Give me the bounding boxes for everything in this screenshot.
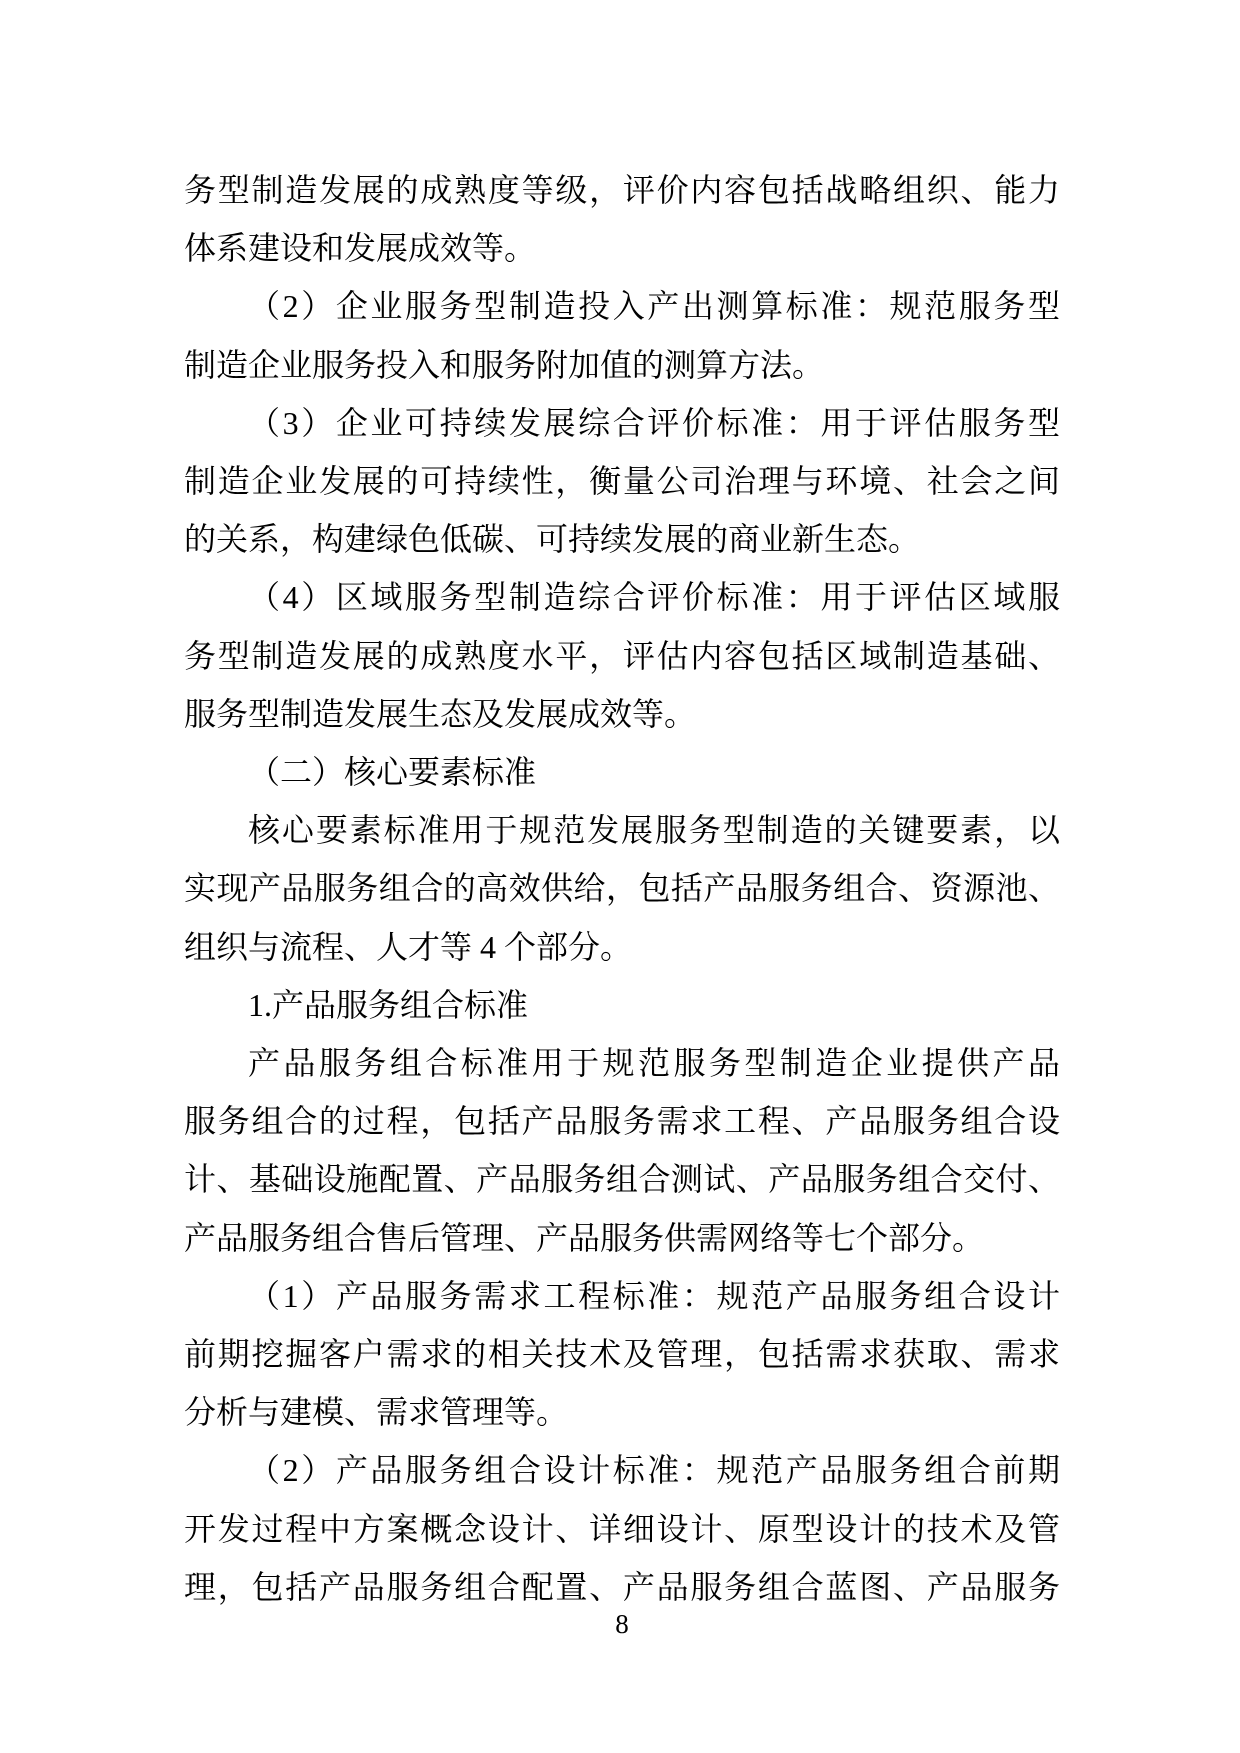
- page-footer: 8: [184, 1607, 1060, 1641]
- text-line: 前期挖掘客户需求的相关技术及管理，包括需求获取、需求: [184, 1325, 1060, 1383]
- paragraph: 1.产品服务组合标准: [184, 976, 1060, 1034]
- text-line: 制造企业发展的可持续性，衡量公司治理与环境、社会之间: [184, 452, 1060, 510]
- text-line: 核心要素标准用于规范发展服务型制造的关键要素，以: [184, 801, 1060, 859]
- text-line: 务型制造发展的成熟度等级，评价内容包括战略组织、能力: [184, 161, 1060, 219]
- text-line: 产品服务组合标准用于规范服务型制造企业提供产品: [184, 1034, 1060, 1092]
- paragraph: （二）核心要素标准: [184, 743, 1060, 801]
- paragraph: （3）企业可持续发展综合评价标准：用于评估服务型制造企业发展的可持续性，衡量公司…: [184, 394, 1060, 569]
- text-line: 分析与建模、需求管理等。: [184, 1383, 1060, 1441]
- text-line: 组织与流程、人才等 4 个部分。: [184, 918, 1060, 976]
- text-line: 务型制造发展的成熟度水平，评估内容包括区域制造基础、: [184, 627, 1060, 685]
- text-line: （4）区域服务型制造综合评价标准：用于评估区域服: [184, 568, 1060, 626]
- document-body: 务型制造发展的成熟度等级，评价内容包括战略组织、能力体系建设和发展成效等。（2）…: [184, 161, 1060, 1616]
- text-line: 体系建设和发展成效等。: [184, 219, 1060, 277]
- paragraph: 核心要素标准用于规范发展服务型制造的关键要素，以实现产品服务组合的高效供给，包括…: [184, 801, 1060, 976]
- text-line: （2）产品服务组合设计标准：规范产品服务组合前期: [184, 1441, 1060, 1499]
- text-line: 计、基础设施配置、产品服务组合测试、产品服务组合交付、: [184, 1150, 1060, 1208]
- paragraph: （2）企业服务型制造投入产出测算标准：规范服务型制造企业服务投入和服务附加值的测…: [184, 277, 1060, 393]
- paragraph: 产品服务组合标准用于规范服务型制造企业提供产品服务组合的过程，包括产品服务需求工…: [184, 1034, 1060, 1267]
- text-line: 实现产品服务组合的高效供给，包括产品服务组合、资源池、: [184, 859, 1060, 917]
- text-line: （二）核心要素标准: [184, 743, 1060, 801]
- paragraph: 务型制造发展的成熟度等级，评价内容包括战略组织、能力体系建设和发展成效等。: [184, 161, 1060, 277]
- paragraph: （4）区域服务型制造综合评价标准：用于评估区域服务型制造发展的成熟度水平，评估内…: [184, 568, 1060, 743]
- document-page: 务型制造发展的成熟度等级，评价内容包括战略组织、能力体系建设和发展成效等。（2）…: [0, 0, 1240, 1753]
- text-line: 1.产品服务组合标准: [184, 976, 1060, 1034]
- text-line: 开发过程中方案概念设计、详细设计、原型设计的技术及管: [184, 1500, 1060, 1558]
- paragraph: （1）产品服务需求工程标准：规范产品服务组合设计前期挖掘客户需求的相关技术及管理…: [184, 1267, 1060, 1442]
- text-line: 产品服务组合售后管理、产品服务供需网络等七个部分。: [184, 1209, 1060, 1267]
- page-number: 8: [615, 1609, 629, 1639]
- text-line: （2）企业服务型制造投入产出测算标准：规范服务型: [184, 277, 1060, 335]
- text-line: 服务组合的过程，包括产品服务需求工程、产品服务组合设: [184, 1092, 1060, 1150]
- paragraph: （2）产品服务组合设计标准：规范产品服务组合前期开发过程中方案概念设计、详细设计…: [184, 1441, 1060, 1616]
- text-line: （3）企业可持续发展综合评价标准：用于评估服务型: [184, 394, 1060, 452]
- text-line: 制造企业服务投入和服务附加值的测算方法。: [184, 336, 1060, 394]
- text-line: （1）产品服务需求工程标准：规范产品服务组合设计: [184, 1267, 1060, 1325]
- text-line: 的关系，构建绿色低碳、可持续发展的商业新生态。: [184, 510, 1060, 568]
- text-line: 服务型制造发展生态及发展成效等。: [184, 685, 1060, 743]
